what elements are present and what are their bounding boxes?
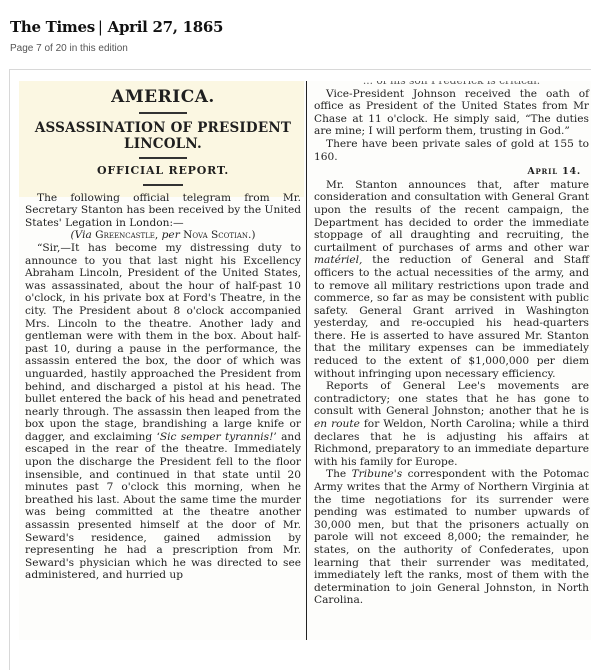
stanton-text-1: Mr. Stanton announces that, after mature…: [314, 179, 589, 254]
johnson-paragraph: Vice-President Johnson received the oath…: [314, 88, 589, 138]
right-column: ... of his son Frederick is critical. Vi…: [314, 81, 589, 607]
subheading-rule: [143, 184, 183, 186]
heading-rule: [139, 112, 187, 114]
via-per: per: [162, 229, 180, 241]
gold-paragraph: There have been private sales of gold at…: [314, 138, 589, 163]
telegram-text-2: ’ and escaped in the rear of the theatre…: [25, 431, 301, 582]
masthead: The Times|April 27, 1865: [10, 18, 223, 36]
telegram-text-1: “Sir,—It has become my distressing duty …: [25, 242, 301, 443]
page-header: The Times|April 27, 1865 Page 7 of 20 in…: [10, 18, 223, 54]
via-line: (Via Greencastle, per Nova Scotian.): [25, 229, 301, 242]
telegram-body: “Sir,—It has become my distressing duty …: [25, 242, 301, 582]
column-divider: [306, 81, 307, 640]
left-column: AMERICA. ASSASSINATION OF PRESIDENT LINC…: [25, 81, 301, 582]
section-heading: AMERICA.: [25, 87, 301, 107]
via-ship: Nova Scotian.): [183, 229, 255, 241]
publication-title[interactable]: The Times: [10, 18, 95, 36]
dateline: April 14.: [314, 166, 581, 179]
materiel-word: matériel,: [314, 254, 362, 266]
article-headline[interactable]: ASSASSINATION OF PRESIDENT LINCOLN.: [25, 120, 301, 152]
via-prefix: (Via: [70, 229, 91, 241]
newspaper-scan[interactable]: AMERICA. ASSASSINATION OF PRESIDENT LINC…: [19, 81, 591, 640]
latin-phrase: Sic semper tyrannis!: [160, 431, 274, 443]
edition-date: April 27, 1865: [108, 18, 224, 36]
lee-text-1: Reports of General Lee's movements are c…: [314, 380, 589, 417]
tribune-text: correspondent with the Potomac Army writ…: [314, 468, 589, 606]
title-separator: |: [98, 18, 103, 36]
page-indicator: Page 7 of 20 in this edition: [10, 43, 223, 54]
partial-top-line: ... of his son Frederick is critical.: [314, 81, 589, 88]
via-place: Greencastle,: [95, 229, 158, 241]
stanton-text-2: the reduction of General and Staff offic…: [314, 254, 589, 379]
en-route-phrase: en route: [314, 418, 360, 430]
tribune-prefix: The: [326, 468, 352, 480]
headline-rule: [139, 157, 187, 159]
tribune-paragraph: The Tribune's correspondent with the Pot…: [314, 468, 589, 607]
intro-paragraph: The following official telegram from Mr.…: [25, 192, 301, 230]
lee-paragraph: Reports of General Lee's movements are c…: [314, 380, 589, 468]
article-subheading: OFFICIAL REPORT.: [25, 165, 301, 178]
stanton-paragraph: Mr. Stanton announces that, after mature…: [314, 179, 589, 381]
tribune-name: Tribune's: [352, 468, 403, 480]
